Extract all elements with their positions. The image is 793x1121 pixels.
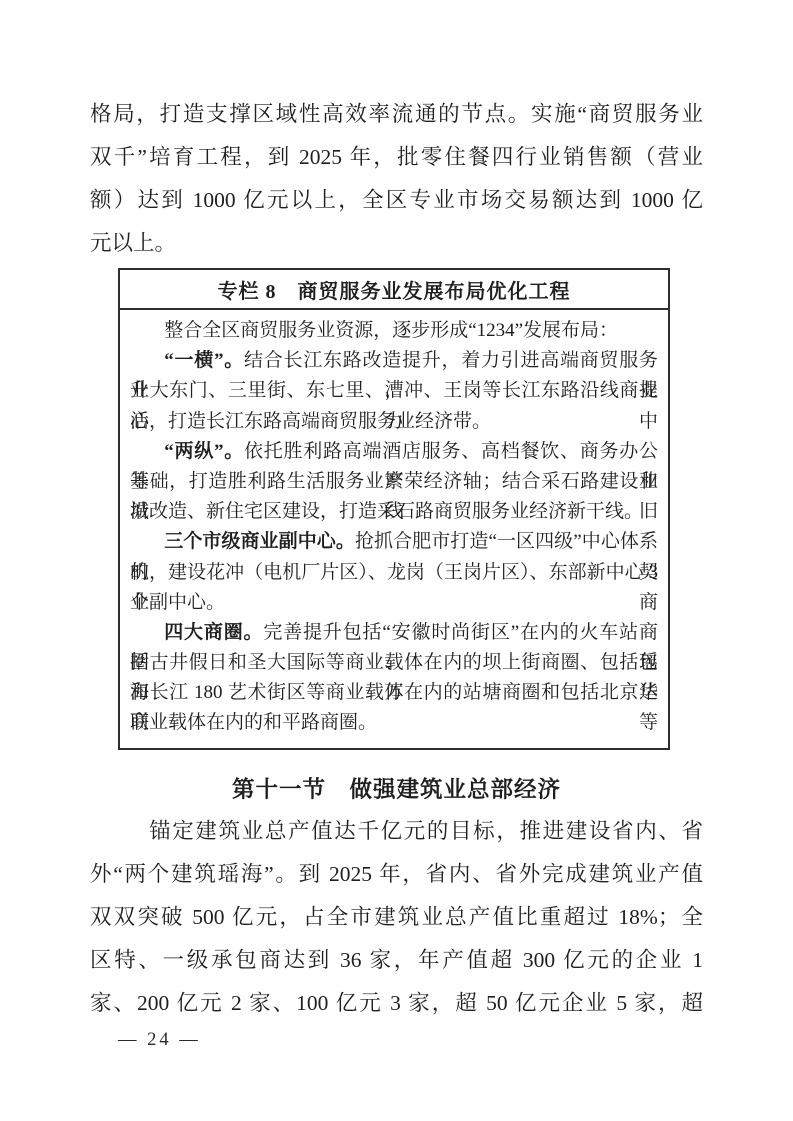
- box-line-lead: “一横”。: [164, 350, 244, 371]
- body-text-line: 额）达到 1000 亿元以上，全区专业市场交易额达到 1000 亿: [90, 179, 703, 222]
- body-text-line: 区特、一级承包商达到 36 家，年产值超 300 亿元的企业 1: [90, 939, 703, 982]
- box-text-line: 四大商圈。完善提升包括“安徽时尚街区”在内的火车站商圈、包: [130, 618, 658, 648]
- feature-box-title: 专栏 8 商贸服务业发展布局优化工程: [120, 270, 668, 310]
- box-text-line: “两纵”。依托胜利路高端酒店服务、高档餐饮、商务办公等产业: [130, 437, 658, 467]
- box-text-line: “一横”。结合长江东路改造提升，着力引进高端商贸服务业，提: [130, 346, 658, 376]
- body-paragraph-commerce: 格局，打造支撑区域性高效率流通的节点。实施“商贸服务业 双千”培育工程，到 20…: [90, 93, 703, 265]
- box-line-lead: “两纵”。: [164, 441, 244, 462]
- feature-box-column-8: 专栏 8 商贸服务业发展布局优化工程 整合全区商贸服务业资源，逐步形成“1234…: [118, 268, 670, 750]
- body-paragraph-construction: 锚定建筑业总产值达千亿元的目标，推进建设省内、省 外“两个建筑瑶海”。到 202…: [90, 810, 703, 1025]
- page-number: — 24 —: [118, 1030, 201, 1051]
- box-text-line: 升大东门、三里街、东七里、漕冲、王岗等长江东路沿线商业活力中: [130, 376, 658, 406]
- box-line-lead: 三个市级商业副中心。: [164, 531, 355, 552]
- box-text-line: 括古井假日和圣大国际等商业载体在内的坝上街商圈、包括瑶海万达: [130, 648, 658, 678]
- box-text-line: 城改造、新住宅区建设，打造采石路商贸服务业经济新干线。: [130, 497, 658, 527]
- box-text-line: 和长江 180 艺术街区等商业载体在内的站塘商圈和包括北京华联等: [130, 678, 658, 708]
- box-text-line: 机，建设花冲（电机厂片区）、龙岗（王岗片区）、东部新中心 3 个商: [130, 558, 658, 588]
- body-text-line: 格局，打造支撑区域性高效率流通的节点。实施“商贸服务业: [90, 93, 703, 136]
- body-text-line: 锚定建筑业总产值达千亿元的目标，推进建设省内、省: [90, 810, 703, 853]
- body-text-line: 双双突破 500 亿元，占全市建筑业总产值比重超过 18%；全: [90, 896, 703, 939]
- document-page: 格局，打造支撑区域性高效率流通的节点。实施“商贸服务业 双千”培育工程，到 20…: [0, 0, 793, 1121]
- body-text-line: 外“两个建筑瑶海”。到 2025 年，省内、省外完成建筑业产值: [90, 853, 703, 896]
- box-text-line: 三个市级商业副中心。抢抓合肥市打造“一区四级”中心体系的契: [130, 527, 658, 557]
- feature-box-body: 整合全区商贸服务业资源，逐步形成“1234”发展布局： “一横”。结合长江东路改…: [120, 310, 668, 748]
- body-text-line: 元以上。: [90, 222, 703, 265]
- body-text-line: 家、200 亿元 2 家、100 亿元 3 家，超 50 亿元企业 5 家，超: [90, 982, 703, 1025]
- box-text-line: 基础，打造胜利路生活服务业繁荣经济轴；结合采石路建设和沿线旧: [130, 467, 658, 497]
- body-text-line: 双千”培育工程，到 2025 年，批零住餐四行业销售额（营业: [90, 136, 703, 179]
- box-text-line: 整合全区商贸服务业资源，逐步形成“1234”发展布局：: [130, 316, 658, 346]
- section-heading: 第十一节 做强建筑业总部经济: [90, 772, 703, 804]
- box-line-lead: 四大商圈。: [164, 622, 263, 643]
